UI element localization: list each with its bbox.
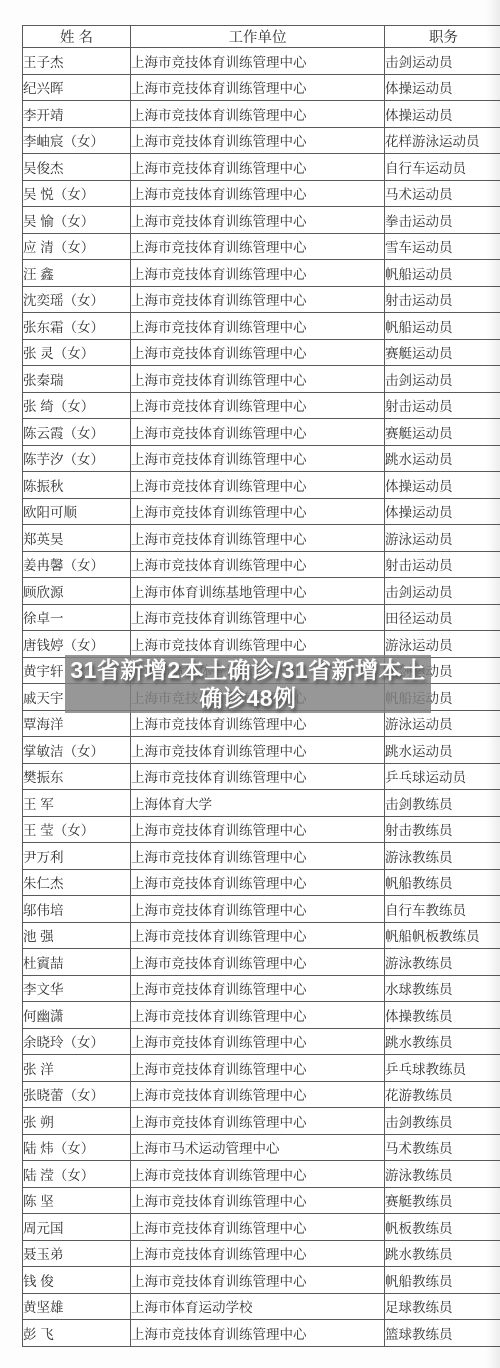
cell-name: 唐钱婷（女）	[23, 631, 131, 658]
cell-name: 陈振秋	[23, 472, 131, 499]
cell-unit: 上海市竞技体育训练管理中心	[131, 1320, 385, 1347]
cell-position: 帆船运动员	[385, 313, 500, 340]
cell-name: 应 清（女）	[23, 233, 131, 260]
cell-position: 游泳教练员	[385, 1161, 500, 1188]
cell-unit: 上海市竞技体育训练管理中心	[131, 843, 385, 870]
cell-position: 雪车运动员	[385, 233, 500, 260]
cell-unit: 上海市竞技体育训练管理中心	[131, 48, 385, 75]
table-row: 张晓蕾（女） 上海市竞技体育训练管理中心 花游教练员	[23, 1081, 500, 1108]
cell-unit: 上海市竞技体育训练管理中心	[131, 233, 385, 260]
cell-unit: 上海市竞技体育训练管理中心	[131, 339, 385, 366]
cell-unit: 上海市竞技体育训练管理中心	[131, 710, 385, 737]
table-row: 陆 炜（女） 上海市马术运动管理中心 马术教练员	[23, 1134, 500, 1161]
cell-position: 帆板教练员	[385, 1214, 500, 1241]
table-row: 李文华 上海市竞技体育训练管理中心 水球教练员	[23, 975, 500, 1002]
cell-name: 彭 飞	[23, 1320, 131, 1347]
cell-unit: 上海市竞技体育训练管理中心	[131, 869, 385, 896]
cell-unit: 上海体育大学	[131, 790, 385, 817]
table-row: 聂玉弟 上海市竞技体育训练管理中心 跳水教练员	[23, 1240, 500, 1267]
table-row: 陈云霞（女） 上海市竞技体育训练管理中心 赛艇运动员	[23, 419, 500, 446]
cell-name: 覃海洋	[23, 710, 131, 737]
cell-unit: 上海市竞技体育训练管理中心	[131, 631, 385, 658]
table-row: 纪兴晖 上海市竞技体育训练管理中心 体操运动员	[23, 74, 500, 101]
cell-position: 乒乓球教练员	[385, 1055, 500, 1082]
cell-position: 体操运动员	[385, 498, 500, 525]
cell-name: 陆 炜（女）	[23, 1134, 131, 1161]
cell-unit: 上海市竞技体育训练管理中心	[131, 1214, 385, 1241]
cell-position: 自行车教练员	[385, 896, 500, 923]
cell-name: 钱 俊	[23, 1267, 131, 1294]
cell-name: 李岫宸（女）	[23, 127, 131, 154]
cell-name: 李开靖	[23, 101, 131, 128]
cell-unit: 上海市马术运动管理中心	[131, 1134, 385, 1161]
cell-position: 跳水运动员	[385, 737, 500, 764]
header-name: 姓 名	[23, 26, 131, 48]
cell-unit: 上海市竞技体育训练管理中心	[131, 1055, 385, 1082]
table-row: 钱 俊 上海市竞技体育训练管理中心 帆船教练员	[23, 1267, 500, 1294]
news-headline-overlay: 31省新增2本土确诊/31省新增本土 确诊48例	[65, 655, 431, 713]
cell-position: 花游教练员	[385, 1081, 500, 1108]
cell-unit: 上海市竞技体育训练管理中心	[131, 419, 385, 446]
table-row: 李岫宸（女） 上海市竞技体育训练管理中心 花样游泳运动员	[23, 127, 500, 154]
cell-name: 张 灵（女）	[23, 339, 131, 366]
cell-unit: 上海市竞技体育训练管理中心	[131, 896, 385, 923]
table-row: 张 朔 上海市竞技体育训练管理中心 击剑教练员	[23, 1108, 500, 1135]
cell-name: 何幽潇	[23, 1002, 131, 1029]
table-row: 陆 滢（女） 上海市竞技体育训练管理中心 游泳教练员	[23, 1161, 500, 1188]
cell-name: 汪 鑫	[23, 260, 131, 287]
cell-name: 张秦瑞	[23, 366, 131, 393]
cell-unit: 上海市竞技体育训练管理中心	[131, 445, 385, 472]
cell-position: 击剑运动员	[385, 48, 500, 75]
cell-unit: 上海市竞技体育训练管理中心	[131, 604, 385, 631]
cell-unit: 上海市竞技体育训练管理中心	[131, 180, 385, 207]
cell-name: 吴 愉（女）	[23, 207, 131, 234]
cell-unit: 上海市竞技体育训练管理中心	[131, 127, 385, 154]
cell-position: 体操运动员	[385, 74, 500, 101]
table-row: 郑英昊 上海市竞技体育训练管理中心 游泳运动员	[23, 525, 500, 552]
cell-name: 池 强	[23, 922, 131, 949]
cell-name: 顾欣源	[23, 578, 131, 605]
table-row: 彭 飞 上海市竞技体育训练管理中心 篮球教练员	[23, 1320, 500, 1347]
table-row: 汪 鑫 上海市竞技体育训练管理中心 帆船运动员	[23, 260, 500, 287]
cell-unit: 上海市竞技体育训练管理中心	[131, 498, 385, 525]
cell-name: 朱仁杰	[23, 869, 131, 896]
cell-position: 足球教练员	[385, 1293, 500, 1320]
cell-position: 游泳教练员	[385, 843, 500, 870]
cell-name: 陆 滢（女）	[23, 1161, 131, 1188]
cell-name: 尹万利	[23, 843, 131, 870]
table-row: 杜賨喆 上海市竞技体育训练管理中心 游泳教练员	[23, 949, 500, 976]
cell-position: 篮球教练员	[385, 1320, 500, 1347]
cell-position: 帆船帆板教练员	[385, 922, 500, 949]
cell-unit: 上海市竞技体育训练管理中心	[131, 949, 385, 976]
cell-name: 王子杰	[23, 48, 131, 75]
cell-unit: 上海市竞技体育训练管理中心	[131, 101, 385, 128]
cell-unit: 上海市竞技体育训练管理中心	[131, 313, 385, 340]
cell-unit: 上海市竞技体育训练管理中心	[131, 551, 385, 578]
cell-unit: 上海市竞技体育训练管理中心	[131, 154, 385, 181]
table-row: 陈 坚 上海市竞技体育训练管理中心 赛艇教练员	[23, 1187, 500, 1214]
cell-unit: 上海市竞技体育训练管理中心	[131, 1267, 385, 1294]
cell-name: 欧阳可顺	[23, 498, 131, 525]
table-row: 陈振秋 上海市竞技体育训练管理中心 体操运动员	[23, 472, 500, 499]
cell-unit: 上海市竞技体育训练管理中心	[131, 74, 385, 101]
cell-unit: 上海市竞技体育训练管理中心	[131, 366, 385, 393]
cell-position: 体操教练员	[385, 1002, 500, 1029]
cell-unit: 上海市竞技体育训练管理中心	[131, 392, 385, 419]
cell-name: 樊振东	[23, 763, 131, 790]
table-header: 姓 名 工作单位 职务	[23, 26, 500, 48]
cell-position: 拳击运动员	[385, 207, 500, 234]
cell-unit: 上海市竞技体育训练管理中心	[131, 1187, 385, 1214]
cell-position: 赛艇教练员	[385, 1187, 500, 1214]
cell-name: 张东霜（女）	[23, 313, 131, 340]
cell-position: 击剑教练员	[385, 1108, 500, 1135]
cell-position: 体操运动员	[385, 101, 500, 128]
cell-unit: 上海市竞技体育训练管理中心	[131, 1081, 385, 1108]
cell-unit: 上海市竞技体育训练管理中心	[131, 207, 385, 234]
table-row: 姜冉馨（女） 上海市竞技体育训练管理中心 射击运动员	[23, 551, 500, 578]
cell-name: 纪兴晖	[23, 74, 131, 101]
table-row: 顾欣源 上海市体育训练基地管理中心 击剑运动员	[23, 578, 500, 605]
cell-unit: 上海市竞技体育训练管理中心	[131, 1028, 385, 1055]
cell-position: 帆船教练员	[385, 1267, 500, 1294]
cell-unit: 上海市竞技体育训练管理中心	[131, 763, 385, 790]
table-row: 黄坚雄 上海市体育运动学校 足球教练员	[23, 1293, 500, 1320]
table-row: 吴 愉（女） 上海市竞技体育训练管理中心 拳击运动员	[23, 207, 500, 234]
cell-name: 吴 悦（女）	[23, 180, 131, 207]
cell-name: 陈 坚	[23, 1187, 131, 1214]
cell-name: 余晓玲（女）	[23, 1028, 131, 1055]
table-row: 邬伟培 上海市竞技体育训练管理中心 自行车教练员	[23, 896, 500, 923]
table-row: 张 洋 上海市竞技体育训练管理中心 乒乓球教练员	[23, 1055, 500, 1082]
cell-unit: 上海市竞技体育训练管理中心	[131, 1108, 385, 1135]
cell-name: 张 朔	[23, 1108, 131, 1135]
headline-line-2: 确诊48例	[199, 684, 296, 712]
table-row: 王 莹（女） 上海市竞技体育训练管理中心 射击教练员	[23, 816, 500, 843]
cell-name: 郑英昊	[23, 525, 131, 552]
table-row: 吴 悦（女） 上海市竞技体育训练管理中心 马术运动员	[23, 180, 500, 207]
cell-position: 射击运动员	[385, 392, 500, 419]
cell-name: 掌敏洁（女）	[23, 737, 131, 764]
cell-unit: 上海市竞技体育训练管理中心	[131, 816, 385, 843]
cell-position: 跳水教练员	[385, 1240, 500, 1267]
cell-unit: 上海市竞技体育训练管理中心	[131, 525, 385, 552]
table-row: 周元国 上海市竞技体育训练管理中心 帆板教练员	[23, 1214, 500, 1241]
header-unit: 工作单位	[131, 26, 385, 48]
cell-name: 杜賨喆	[23, 949, 131, 976]
table-row: 陈芋汐（女） 上海市竞技体育训练管理中心 跳水运动员	[23, 445, 500, 472]
cell-name: 沈奕瑶（女）	[23, 286, 131, 313]
cell-position: 帆船运动员	[385, 260, 500, 287]
table-row: 掌敏洁（女） 上海市竞技体育训练管理中心 跳水运动员	[23, 737, 500, 764]
cell-unit: 上海市竞技体育训练管理中心	[131, 975, 385, 1002]
table-row: 樊振东 上海市竞技体育训练管理中心 乒乓球运动员	[23, 763, 500, 790]
table-row: 唐钱婷（女） 上海市竞技体育训练管理中心 游泳运动员	[23, 631, 500, 658]
header-row: 姓 名 工作单位 职务	[23, 26, 500, 48]
table-row: 王 军 上海体育大学 击剑教练员	[23, 790, 500, 817]
table-row: 张东霜（女） 上海市竞技体育训练管理中心 帆船运动员	[23, 313, 500, 340]
cell-name: 陈云霞（女）	[23, 419, 131, 446]
cell-position: 跳水运动员	[385, 445, 500, 472]
table-row: 王子杰 上海市竞技体育训练管理中心 击剑运动员	[23, 48, 500, 75]
header-position: 职务	[385, 26, 500, 48]
cell-position: 击剑运动员	[385, 366, 500, 393]
cell-position: 游泳教练员	[385, 949, 500, 976]
cell-position: 马术教练员	[385, 1134, 500, 1161]
cell-position: 自行车运动员	[385, 154, 500, 181]
cell-position: 乒乓球运动员	[385, 763, 500, 790]
cell-unit: 上海市竞技体育训练管理中心	[131, 286, 385, 313]
table-row: 李开靖 上海市竞技体育训练管理中心 体操运动员	[23, 101, 500, 128]
cell-position: 帆船教练员	[385, 869, 500, 896]
table-row: 沈奕瑶（女） 上海市竞技体育训练管理中心 射击运动员	[23, 286, 500, 313]
table-row: 何幽潇 上海市竞技体育训练管理中心 体操教练员	[23, 1002, 500, 1029]
table-row: 覃海洋 上海市竞技体育训练管理中心 游泳运动员	[23, 710, 500, 737]
headline-line-1: 31省新增2本土确诊/31省新增本土	[70, 656, 425, 684]
cell-unit: 上海市竞技体育训练管理中心	[131, 260, 385, 287]
cell-unit: 上海市竞技体育训练管理中心	[131, 922, 385, 949]
cell-position: 游泳运动员	[385, 525, 500, 552]
cell-name: 徐卓一	[23, 604, 131, 631]
table-row: 徐卓一 上海市竞技体育训练管理中心 田径运动员	[23, 604, 500, 631]
table-row: 欧阳可顺 上海市竞技体育训练管理中心 体操运动员	[23, 498, 500, 525]
cell-unit: 上海市竞技体育训练管理中心	[131, 472, 385, 499]
cell-unit: 上海市体育训练基地管理中心	[131, 578, 385, 605]
page: 姓 名 工作单位 职务 王子杰 上海市竞技体育训练管理中心 击剑运动员 纪兴晖 …	[0, 0, 500, 1368]
cell-name: 王 莹（女）	[23, 816, 131, 843]
cell-unit: 上海市竞技体育训练管理中心	[131, 1240, 385, 1267]
cell-position: 体操运动员	[385, 472, 500, 499]
table-row: 池 强 上海市竞技体育训练管理中心 帆船帆板教练员	[23, 922, 500, 949]
cell-name: 张 绮（女）	[23, 392, 131, 419]
cell-position: 射击运动员	[385, 286, 500, 313]
cell-name: 聂玉弟	[23, 1240, 131, 1267]
cell-position: 跳水教练员	[385, 1028, 500, 1055]
cell-name: 周元国	[23, 1214, 131, 1241]
cell-unit: 上海市竞技体育训练管理中心	[131, 1161, 385, 1188]
cell-name: 姜冉馨（女）	[23, 551, 131, 578]
table-row: 尹万利 上海市竞技体育训练管理中心 游泳教练员	[23, 843, 500, 870]
table-row: 张 绮（女） 上海市竞技体育训练管理中心 射击运动员	[23, 392, 500, 419]
cell-name: 吴俊杰	[23, 154, 131, 181]
cell-unit: 上海市竞技体育训练管理中心	[131, 1002, 385, 1029]
table-row: 余晓玲（女） 上海市竞技体育训练管理中心 跳水教练员	[23, 1028, 500, 1055]
cell-position: 击剑教练员	[385, 790, 500, 817]
cell-name: 王 军	[23, 790, 131, 817]
cell-position: 游泳运动员	[385, 631, 500, 658]
cell-name: 黄坚雄	[23, 1293, 131, 1320]
cell-position: 赛艇运动员	[385, 339, 500, 366]
cell-name: 邬伟培	[23, 896, 131, 923]
cell-position: 马术运动员	[385, 180, 500, 207]
cell-position: 水球教练员	[385, 975, 500, 1002]
table-row: 朱仁杰 上海市竞技体育训练管理中心 帆船教练员	[23, 869, 500, 896]
cell-position: 击剑运动员	[385, 578, 500, 605]
cell-position: 田径运动员	[385, 604, 500, 631]
table-row: 吴俊杰 上海市竞技体育训练管理中心 自行车运动员	[23, 154, 500, 181]
cell-name: 李文华	[23, 975, 131, 1002]
cell-position: 射击运动员	[385, 551, 500, 578]
cell-position: 游泳运动员	[385, 710, 500, 737]
cell-name: 张晓蕾（女）	[23, 1081, 131, 1108]
table-row: 应 清（女） 上海市竞技体育训练管理中心 雪车运动员	[23, 233, 500, 260]
cell-unit: 上海市竞技体育训练管理中心	[131, 737, 385, 764]
cell-name: 陈芋汐（女）	[23, 445, 131, 472]
cell-position: 赛艇运动员	[385, 419, 500, 446]
table-row: 张 灵（女） 上海市竞技体育训练管理中心 赛艇运动员	[23, 339, 500, 366]
cell-position: 花样游泳运动员	[385, 127, 500, 154]
cell-unit: 上海市体育运动学校	[131, 1293, 385, 1320]
cell-name: 张 洋	[23, 1055, 131, 1082]
cell-position: 射击教练员	[385, 816, 500, 843]
table-row: 张秦瑞 上海市竞技体育训练管理中心 击剑运动员	[23, 366, 500, 393]
